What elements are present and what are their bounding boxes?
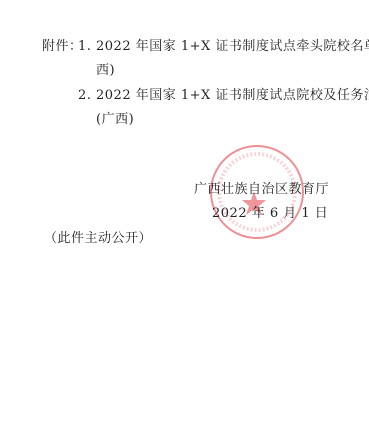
attachment-1-number: 1. (78, 39, 91, 55)
attachment-1-title: 2022 年国家 1+X 证书制度试点牵头院校名单(广 (96, 39, 369, 55)
attachment-2-title: 2022 年国家 1+X 证书制度试点院校及任务汇总表 (96, 88, 369, 104)
issuer-name: 广西壮族自治区教育厅 (194, 182, 329, 198)
attachment-label: 附件： (42, 39, 83, 55)
attachment-1-title-cont: 西) (96, 63, 115, 79)
attachment-2-number: 2. (78, 88, 91, 104)
issue-date: 2022 年 6 月 1 日 (212, 206, 328, 222)
attachment-2-title-cont: (广西) (96, 112, 134, 128)
disclosure-note: （此件主动公开） (44, 231, 152, 247)
